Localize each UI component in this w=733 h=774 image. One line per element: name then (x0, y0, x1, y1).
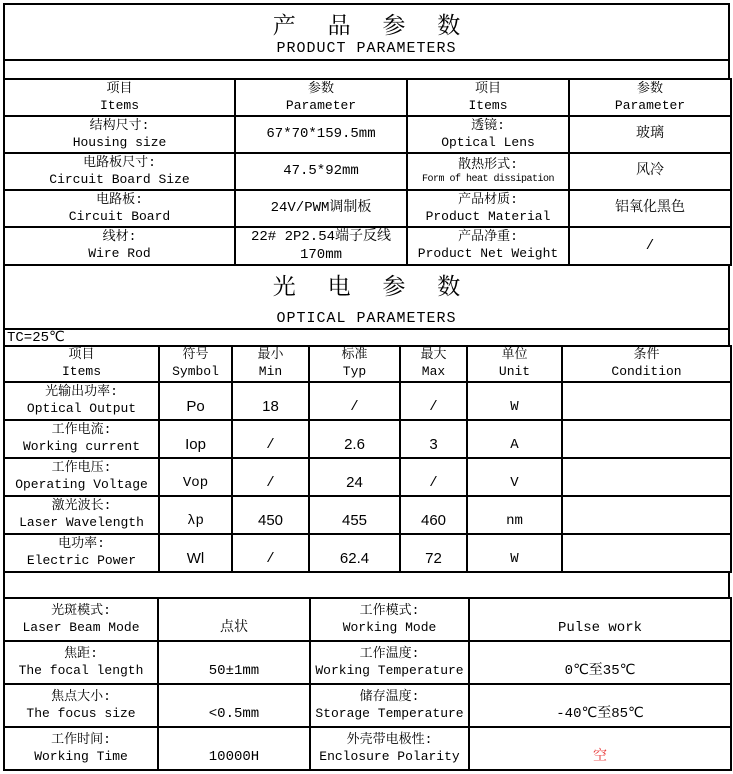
table-row: 结构尺寸: Housing size 67*70*159.5mm 透镜: Opt… (4, 116, 731, 153)
header-label-en: Condition (565, 364, 728, 381)
header-label-en: Items (7, 98, 232, 115)
typ-cell: 455 (309, 496, 400, 534)
heat-dissipation-label: 散热形式: Form of heat dissipation (407, 153, 569, 190)
symbol-cell: λp (159, 496, 232, 534)
label-cn: 工作时间: (7, 732, 155, 749)
focus-size-label: 焦点大小: The focus size (4, 684, 158, 727)
table-row: 工作时间: Working Time 10000H 外壳带电极性: Enclos… (4, 727, 731, 770)
header-max: 最大 Max (400, 346, 467, 382)
header-label-cn: 项目 (7, 347, 156, 364)
optical-parameters-title-box: 光 电 参 数 OPTICAL PARAMETERS (3, 264, 730, 330)
working-temperature-label: 工作温度: Working Temperature (310, 641, 469, 684)
label-en: Form of heat dissipation (410, 173, 566, 186)
label-en: The focus size (7, 706, 155, 723)
wire-rod-value: 22# 2P2.54端子反线 170mm (235, 227, 407, 265)
optical-header-row: 项目 Items 符号 Symbol 最小 Min 标准 Typ 最大 Max … (4, 346, 731, 382)
header-label-cn: 项目 (410, 81, 566, 98)
label-en: Working Time (7, 749, 155, 766)
label-cn: 工作模式: (313, 603, 466, 620)
header-label-en: Items (7, 364, 156, 381)
table-row: 电功率: Electric Power Wl / 62.4 72 W (4, 534, 731, 572)
header-label-cn: 符号 (162, 347, 229, 364)
table-row: 工作电压: Operating Voltage Vop / 24 / V (4, 458, 731, 496)
label-cn: 光斑模式: (7, 603, 155, 620)
label-en: The focal length (7, 663, 155, 680)
label-cn: 工作电流: (7, 422, 156, 439)
label-cn: 产品净重: (410, 229, 566, 246)
header-parameter-left: 参数 Parameter (235, 79, 407, 116)
focal-length-value: 50±1mm (158, 641, 310, 684)
working-temperature-value: 0℃至35℃ (469, 641, 731, 684)
heat-dissipation-value: 风冷 (569, 153, 731, 190)
circuit-board-size-label: 电路板尺寸: Circuit Board Size (4, 153, 235, 190)
header-label-en: Symbol (162, 364, 229, 381)
product-table: 项目 Items 参数 Parameter 项目 Items 参数 Parame… (3, 78, 732, 266)
product-parameters-title-box: 产 品 参 数 PRODUCT PARAMETERS (3, 3, 730, 61)
label-en: Laser Wavelength (7, 515, 156, 532)
condition-cell (562, 496, 731, 534)
header-label-en: Min (235, 364, 306, 381)
label-en: Working current (7, 439, 156, 456)
max-cell: 3 (400, 420, 467, 458)
optical-title-cn: 光 电 参 数 (264, 268, 469, 301)
typ-cell: 2.6 (309, 420, 400, 458)
wire-rod-label: 线材: Wire Rod (4, 227, 235, 265)
header-label-cn: 单位 (470, 347, 559, 364)
working-mode-label: 工作模式: Working Mode (310, 598, 469, 641)
condition-cell (562, 534, 731, 572)
header-parameter-right: 参数 Parameter (569, 79, 731, 116)
label-cn: 电路板尺寸: (7, 155, 232, 172)
general-table: 光斑模式: Laser Beam Mode 点状 工作模式: Working M… (3, 597, 732, 771)
product-header-row: 项目 Items 参数 Parameter 项目 Items 参数 Parame… (4, 79, 731, 116)
header-typ: 标准 Typ (309, 346, 400, 382)
table-row: 线材: Wire Rod 22# 2P2.54端子反线 170mm 产品净重: … (4, 227, 731, 265)
min-cell: / (232, 534, 309, 572)
housing-size-value: 67*70*159.5mm (235, 116, 407, 153)
max-cell: 460 (400, 496, 467, 534)
label-en: Product Net Weight (410, 246, 566, 263)
product-material-label: 产品材质: Product Material (407, 190, 569, 227)
label-cn: 电路板: (7, 192, 232, 209)
label-en: Enclosure Polarity (313, 749, 466, 766)
header-label-cn: 参数 (572, 81, 728, 98)
label-en: Optical Output (7, 401, 156, 418)
condition-cell (562, 458, 731, 496)
label-cn: 工作温度: (313, 646, 466, 663)
table-row: 焦点大小: The focus size <0.5mm 储存温度: Storag… (4, 684, 731, 727)
header-items-left: 项目 Items (4, 79, 235, 116)
header-symbol: 符号 Symbol (159, 346, 232, 382)
table-row: 电路板尺寸: Circuit Board Size 47.5*92mm 散热形式… (4, 153, 731, 190)
label-en: Circuit Board (7, 209, 232, 226)
operating-voltage-label: 工作电压: Operating Voltage (4, 458, 159, 496)
label-en: Working Mode (313, 620, 466, 637)
enclosure-polarity-label: 外壳带电极性: Enclosure Polarity (310, 727, 469, 770)
header-label-en: Items (410, 98, 566, 115)
circuit-board-label: 电路板: Circuit Board (4, 190, 235, 227)
label-cn: 焦点大小: (7, 689, 155, 706)
spacer-strip (3, 571, 730, 599)
label-cn: 工作电压: (7, 460, 156, 477)
label-cn: 产品材质: (410, 192, 566, 209)
unit-cell: W (467, 382, 562, 420)
header-label-en: Max (403, 364, 464, 381)
spec-sheet: 产 品 参 数 PRODUCT PARAMETERS 项目 Items 参数 P… (3, 3, 730, 771)
beam-mode-label: 光斑模式: Laser Beam Mode (4, 598, 158, 641)
header-label-cn: 最大 (403, 347, 464, 364)
label-en: Working Temperature (313, 663, 466, 680)
max-cell: / (400, 382, 467, 420)
label-cn: 储存温度: (313, 689, 466, 706)
label-cn: 焦距: (7, 646, 155, 663)
label-en: Laser Beam Mode (7, 620, 155, 637)
header-label-en: Unit (470, 364, 559, 381)
table-row: 焦距: The focal length 50±1mm 工作温度: Workin… (4, 641, 731, 684)
max-cell: 72 (400, 534, 467, 572)
table-row: 光输出功率: Optical Output Po 18 / / W (4, 382, 731, 420)
optical-table: 项目 Items 符号 Symbol 最小 Min 标准 Typ 最大 Max … (3, 345, 732, 573)
storage-temperature-value: -40℃至85℃ (469, 684, 731, 727)
header-label-cn: 项目 (7, 81, 232, 98)
product-title-en: PRODUCT PARAMETERS (276, 40, 456, 57)
label-en: Operating Voltage (7, 477, 156, 494)
header-label-en: Parameter (238, 98, 404, 115)
net-weight-label: 产品净重: Product Net Weight (407, 227, 569, 265)
label-cn: 透镜: (410, 118, 566, 135)
label-en: Wire Rod (7, 246, 232, 263)
label-cn: 散热形式: (410, 157, 566, 174)
laser-wavelength-label: 激光波长: Laser Wavelength (4, 496, 159, 534)
header-min: 最小 Min (232, 346, 309, 382)
working-current-label: 工作电流: Working current (4, 420, 159, 458)
label-en: Optical Lens (410, 135, 566, 152)
working-time-label: 工作时间: Working Time (4, 727, 158, 770)
condition-cell (562, 420, 731, 458)
label-cn: 线材: (7, 229, 232, 246)
focus-size-value: <0.5mm (158, 684, 310, 727)
header-label-cn: 最小 (235, 347, 306, 364)
table-row: 电路板: Circuit Board 24V/PWM调制板 产品材质: Prod… (4, 190, 731, 227)
table-row: 工作电流: Working current Iop / 2.6 3 A (4, 420, 731, 458)
electric-power-label: 电功率: Electric Power (4, 534, 159, 572)
optical-title-en: OPTICAL PARAMETERS (276, 310, 456, 327)
header-label-cn: 条件 (565, 347, 728, 364)
table-row: 光斑模式: Laser Beam Mode 点状 工作模式: Working M… (4, 598, 731, 641)
header-items: 项目 Items (4, 346, 159, 382)
min-cell: 18 (232, 382, 309, 420)
header-items-right: 项目 Items (407, 79, 569, 116)
header-label-en: Typ (312, 364, 397, 381)
unit-cell: V (467, 458, 562, 496)
label-en: Electric Power (7, 553, 156, 570)
label-cn: 电功率: (7, 536, 156, 553)
label-cn: 激光波长: (7, 498, 156, 515)
value-line-2: 170mm (238, 246, 404, 264)
label-en: Storage Temperature (313, 706, 466, 723)
circuit-board-size-value: 47.5*92mm (235, 153, 407, 190)
typ-cell: / (309, 382, 400, 420)
header-unit: 单位 Unit (467, 346, 562, 382)
min-cell: / (232, 420, 309, 458)
unit-cell: W (467, 534, 562, 572)
table-row: 激光波长: Laser Wavelength λp 450 455 460 nm (4, 496, 731, 534)
min-cell: 450 (232, 496, 309, 534)
label-cn: 结构尺寸: (7, 118, 232, 135)
header-label-cn: 标准 (312, 347, 397, 364)
working-time-value: 10000H (158, 727, 310, 770)
typ-cell: 24 (309, 458, 400, 496)
symbol-cell: Vop (159, 458, 232, 496)
symbol-cell: Wl (159, 534, 232, 572)
housing-size-label: 结构尺寸: Housing size (4, 116, 235, 153)
spacer-strip (3, 59, 730, 80)
max-cell: / (400, 458, 467, 496)
label-cn: 外壳带电极性: (313, 732, 466, 749)
optical-output-label: 光输出功率: Optical Output (4, 382, 159, 420)
enclosure-polarity-value: 空 (469, 727, 731, 770)
typ-cell: 62.4 (309, 534, 400, 572)
label-cn: 光输出功率: (7, 384, 156, 401)
symbol-cell: Iop (159, 420, 232, 458)
label-en: Product Material (410, 209, 566, 226)
focal-length-label: 焦距: The focal length (4, 641, 158, 684)
unit-cell: A (467, 420, 562, 458)
beam-mode-value: 点状 (158, 598, 310, 641)
optical-lens-label: 透镜: Optical Lens (407, 116, 569, 153)
product-material-value: 铝氧化黑色 (569, 190, 731, 227)
min-cell: / (232, 458, 309, 496)
product-title-cn: 产 品 参 数 (264, 7, 469, 40)
header-label-en: Parameter (572, 98, 728, 115)
net-weight-value: / (569, 227, 731, 265)
circuit-board-value: 24V/PWM调制板 (235, 190, 407, 227)
unit-cell: nm (467, 496, 562, 534)
working-mode-value: Pulse work (469, 598, 731, 641)
header-condition: 条件 Condition (562, 346, 731, 382)
storage-temperature-label: 储存温度: Storage Temperature (310, 684, 469, 727)
symbol-cell: Po (159, 382, 232, 420)
optical-lens-value: 玻璃 (569, 116, 731, 153)
label-en: Housing size (7, 135, 232, 152)
label-en: Circuit Board Size (7, 172, 232, 189)
condition-cell (562, 382, 731, 420)
value-line-1: 22# 2P2.54端子反线 (238, 228, 404, 246)
header-label-cn: 参数 (238, 81, 404, 98)
